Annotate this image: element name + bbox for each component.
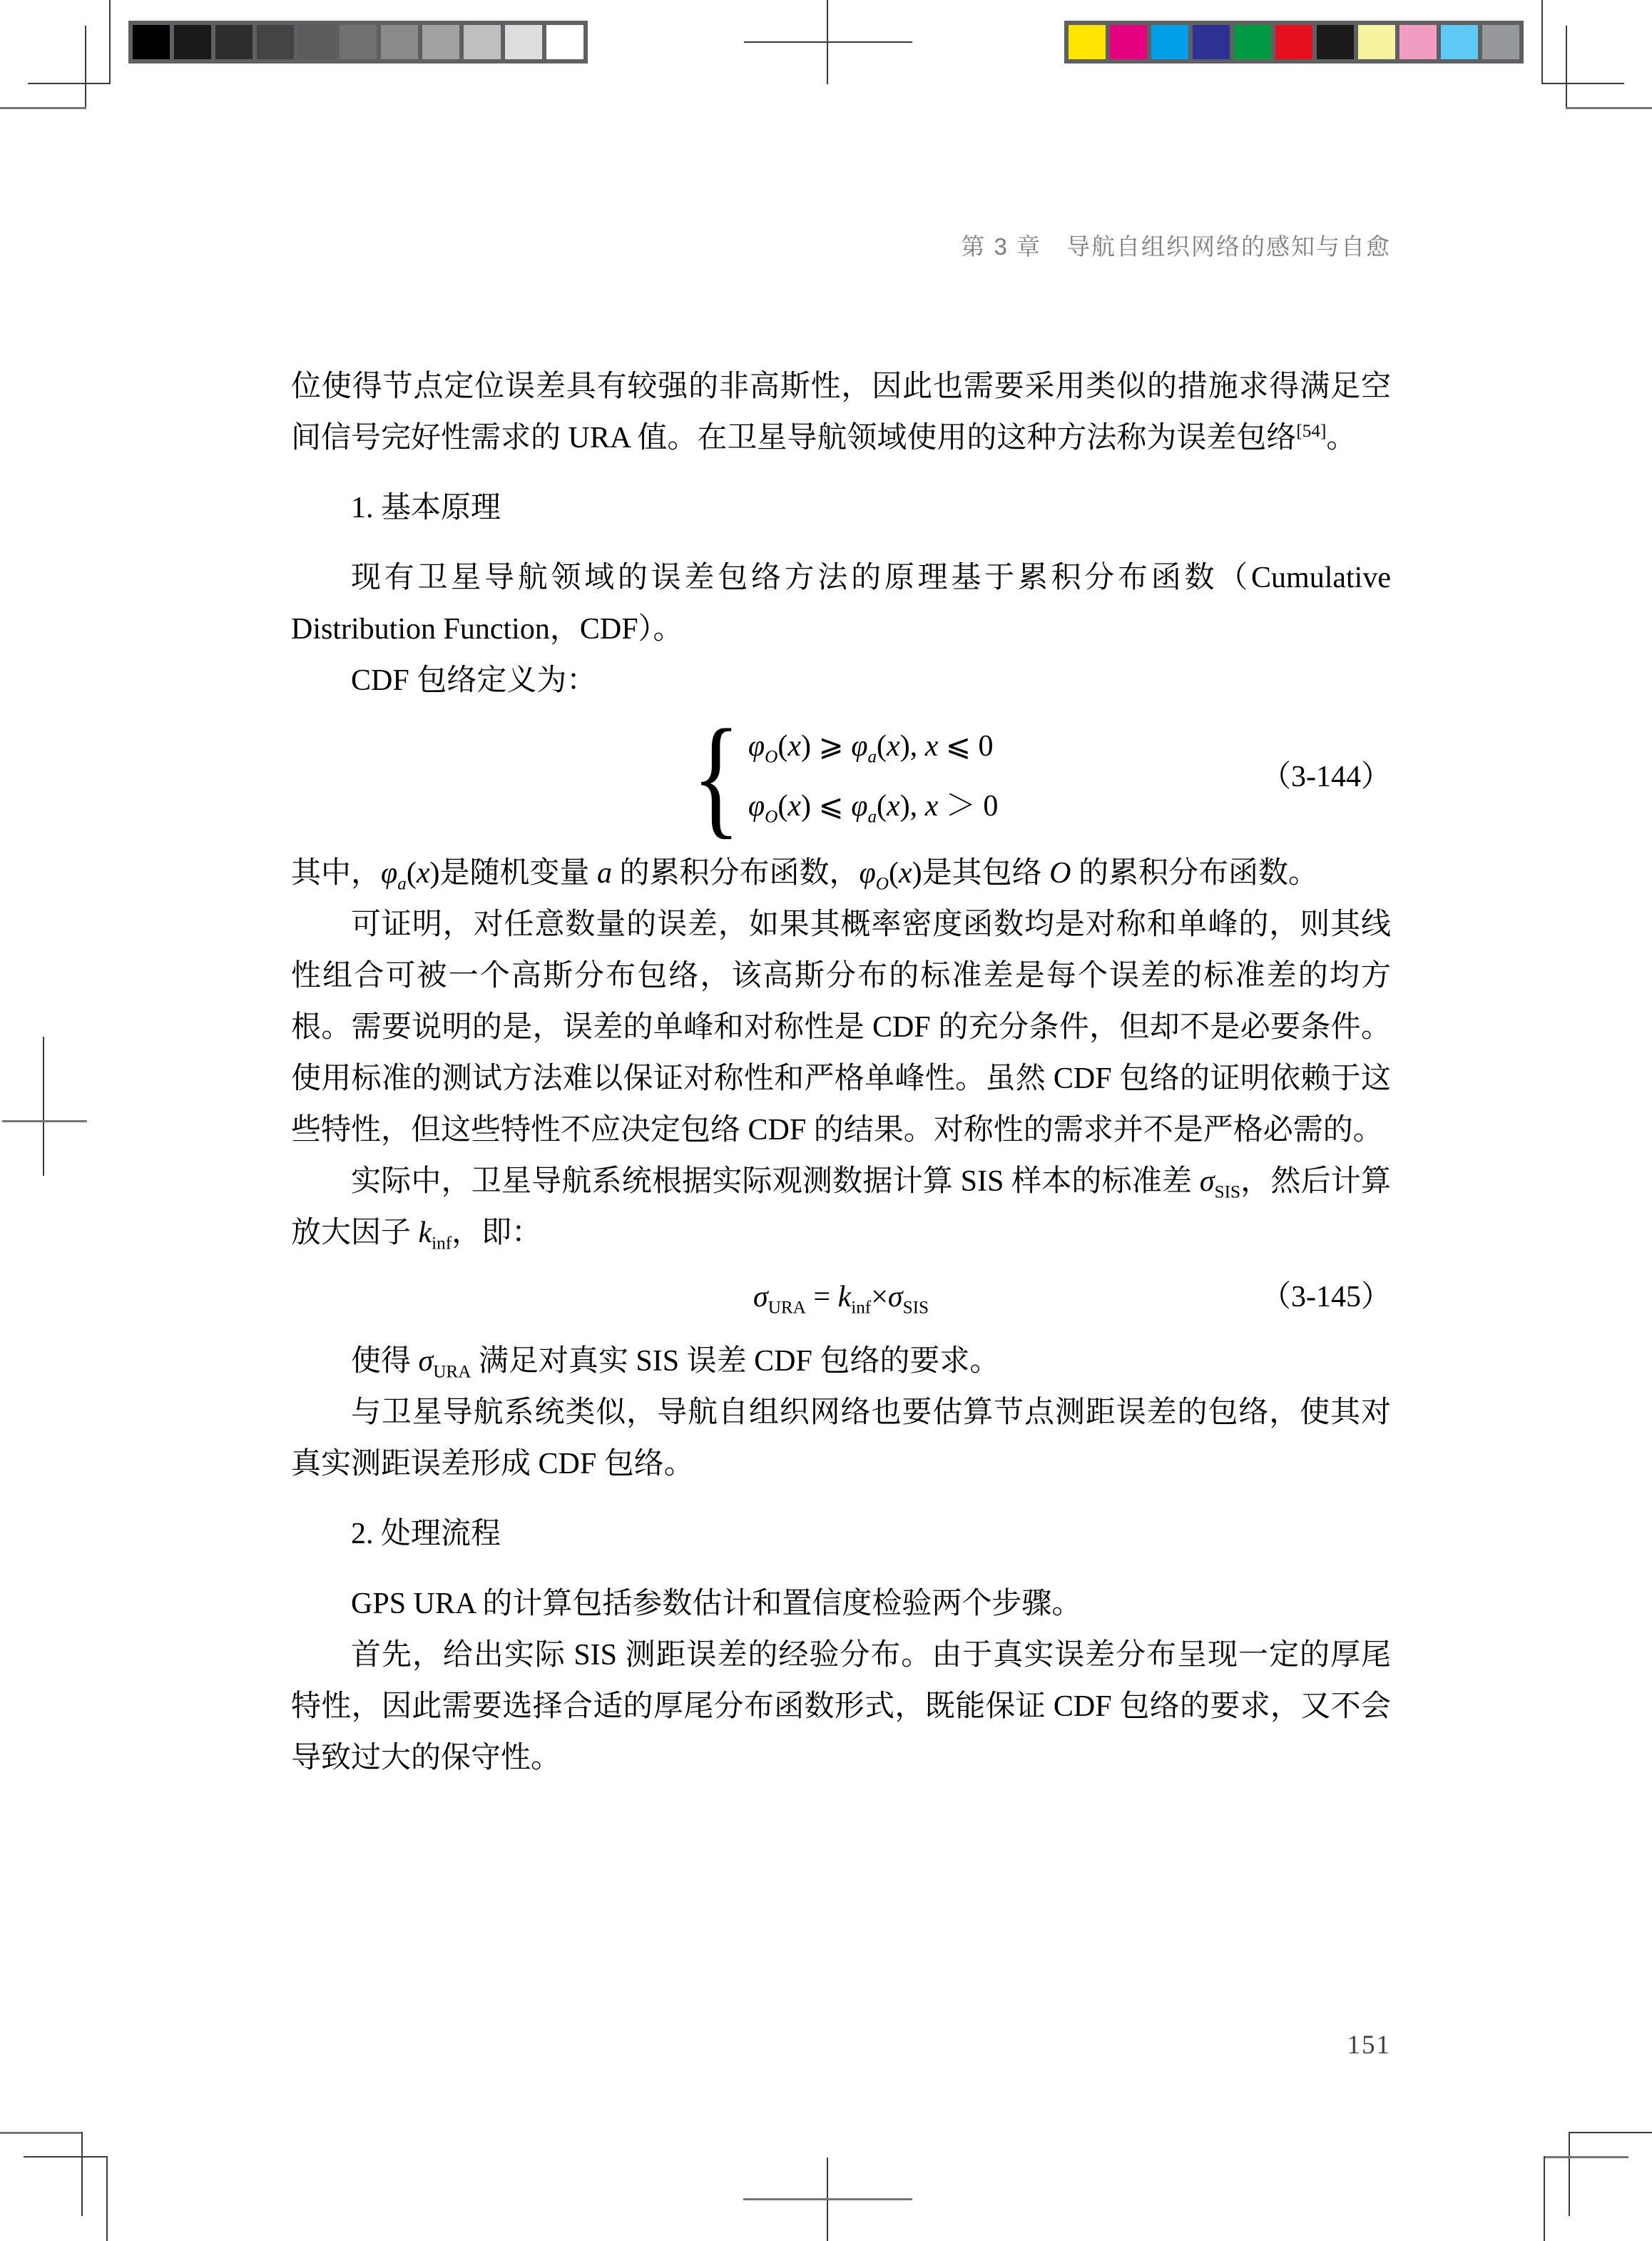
text-segment: ), — [900, 730, 925, 763]
equation-line: σURA = kinf×σSIS — [753, 1281, 929, 1313]
crop-mark-middle-left — [2, 1120, 87, 1122]
text-segment: 。 — [1326, 422, 1356, 454]
text-segment: ) ⩽ — [801, 790, 851, 823]
calibration-swatch — [505, 25, 542, 59]
text-segment: CDF 包络定义为： — [351, 664, 596, 697]
calibration-swatch — [1317, 25, 1354, 59]
crop-mark-top-center — [744, 41, 912, 43]
text-segment: φ — [851, 730, 867, 763]
text-segment: σ — [419, 1345, 434, 1378]
crop-mark-bottom-left — [24, 2156, 108, 2158]
text-segment: 的累积分布函数。 — [1071, 857, 1318, 890]
text-segment: ＞ 0 — [938, 790, 998, 823]
crop-mark-top-left — [28, 83, 111, 84]
text-segment: 满足对真实 SIS 误差 CDF 包络的要求。 — [471, 1345, 999, 1378]
calibration-swatch — [1275, 25, 1312, 59]
text-segment: 其中， — [291, 857, 381, 890]
text-segment: O — [876, 874, 889, 893]
chapter-header: 第 3 章 导航自组织网络的感知与自愈 — [291, 233, 1391, 261]
calibration-swatch — [257, 25, 294, 59]
crop-mark-bottom-right — [1569, 2132, 1570, 2216]
crop-mark-bottom-center — [743, 2198, 912, 2200]
crop-mark-bottom-left — [81, 2132, 83, 2216]
text-segment: O — [765, 747, 777, 766]
book-page: { "header": { "chapter_title": "第 3 章 导航… — [0, 0, 1652, 2241]
crop-mark-top-right — [1566, 107, 1652, 109]
paragraph: 首先，给出实际 SIS 测距误差的经验分布。由于真实误差分布呈现一定的厚尾特性，… — [291, 1630, 1391, 1784]
text-segment: a — [867, 807, 877, 826]
text-segment: )是随机变量 — [430, 857, 598, 890]
text-segment: ( — [777, 790, 787, 823]
text-segment: 可证明，对任意数量的误差，如果其概率密度函数均是对称和单峰的，则其线性组合可被一… — [291, 908, 1391, 1147]
crop-mark-top-right — [1541, 0, 1543, 84]
text-segment: φ — [381, 857, 397, 890]
text-segment: k — [838, 1281, 852, 1313]
text-segment: 位使得节点定位误差具有较强的非高斯性，因此也需要采用类似的措施求得满足空间信号完… — [291, 370, 1391, 454]
text-segment: ( — [877, 730, 887, 763]
text-segment: ，即： — [452, 1216, 541, 1249]
text-segment: × — [871, 1281, 888, 1313]
text-segment: 的累积分布函数， — [612, 857, 860, 890]
text-segment: σ — [888, 1281, 903, 1313]
text-segment: φ — [748, 730, 765, 763]
equation: σURA = kinf×σSIS（3-145） — [291, 1269, 1391, 1326]
color-calibration-bar — [1064, 21, 1524, 63]
calibration-swatch — [546, 25, 583, 59]
text-segment: k — [419, 1216, 432, 1249]
crop-mark-bottom-left — [0, 2132, 83, 2134]
text-segment: ⩽ 0 — [938, 730, 993, 763]
text-segment: x — [787, 790, 801, 823]
text-segment: x — [787, 730, 801, 763]
paragraph: 使得 σURA 满足对真实 SIS 误差 CDF 包络的要求。 — [291, 1336, 1391, 1387]
text-segment: 实际中，卫星导航系统根据实际观测数据计算 SIS 样本的标准差 — [351, 1165, 1200, 1198]
crop-mark-top-left — [0, 107, 86, 109]
crop-mark-bottom-right — [1544, 2156, 1545, 2241]
text-segment: σ — [753, 1281, 768, 1313]
text-segment: 现有卫星导航领域的误差包络方法的原理基于累积分布函数（Cumulative Di… — [291, 561, 1391, 646]
text-segment: a — [397, 874, 407, 893]
text-segment: O — [1049, 857, 1071, 890]
text-segment: inf — [432, 1234, 452, 1253]
paragraph: 位使得节点定位误差具有较强的非高斯性，因此也需要采用类似的措施求得满足空间信号完… — [291, 361, 1391, 464]
text-segment: a — [867, 747, 877, 766]
text-segment: ), — [900, 790, 925, 823]
text-segment: x — [899, 857, 912, 890]
text-segment: φ — [748, 790, 765, 823]
text-segment: ) ⩾ — [801, 730, 851, 763]
text-segment: URA — [433, 1362, 471, 1381]
equation-number: （3-145） — [1261, 1271, 1391, 1323]
text-segment: [54] — [1296, 422, 1326, 441]
crop-mark-bottom-right — [1544, 2156, 1628, 2158]
text-segment: φ — [851, 790, 867, 823]
crop-mark-top-right — [1566, 26, 1567, 108]
calibration-swatch — [340, 25, 377, 59]
crop-mark-middle-left — [43, 1037, 44, 1176]
calibration-swatch — [1399, 25, 1437, 59]
crop-mark-bottom-right — [1569, 2132, 1652, 2133]
cases-brace: { — [692, 719, 740, 833]
calibration-swatch — [298, 25, 335, 59]
text-segment: SIS — [1215, 1182, 1240, 1201]
text-segment: ( — [877, 790, 887, 823]
paragraph: CDF 包络定义为： — [291, 655, 1391, 706]
equation-line: φO(x) ⩾ φa(x), x ⩽ 0 — [748, 716, 998, 776]
calibration-swatch — [464, 25, 501, 59]
calibration-swatch — [174, 25, 211, 59]
text-segment: σ — [1200, 1165, 1215, 1198]
calibration-swatch — [1110, 25, 1147, 59]
calibration-swatch — [422, 25, 459, 59]
text-segment: x — [417, 857, 430, 890]
text-segment: x — [887, 730, 900, 763]
text-segment: x — [925, 730, 939, 763]
text-segment: φ — [860, 857, 876, 890]
content-area: 位使得节点定位误差具有较强的非高斯性，因此也需要采用类似的措施求得满足空间信号完… — [291, 361, 1391, 1784]
text-segment: URA — [768, 1298, 806, 1317]
grayscale-calibration-bar — [128, 21, 588, 63]
text-segment: x — [925, 790, 939, 823]
paragraph: 实际中，卫星导航系统根据实际观测数据计算 SIS 样本的标准差 σSIS，然后计… — [291, 1156, 1391, 1259]
calibration-swatch — [1234, 25, 1271, 59]
paragraph: 可证明，对任意数量的误差，如果其概率密度函数均是对称和单峰的，则其线性组合可被一… — [291, 899, 1391, 1156]
text-segment: ( — [889, 857, 899, 890]
text-segment: x — [887, 790, 900, 823]
paragraph: 现有卫星导航领域的误差包络方法的原理基于累积分布函数（Cumulative Di… — [291, 552, 1391, 655]
crop-mark-bottom-left — [106, 2156, 108, 2241]
equation-line: φO(x) ⩽ φa(x), x ＞ 0 — [748, 776, 998, 836]
calibration-swatch — [1193, 25, 1230, 59]
calibration-swatch — [1358, 25, 1395, 59]
text-segment: ( — [407, 857, 417, 890]
section-heading: 1. 基本原理 — [291, 482, 1391, 534]
text-segment: = — [806, 1281, 838, 1313]
calibration-swatch — [1441, 25, 1478, 59]
text-segment: 首先，给出实际 SIS 测距误差的经验分布。由于真实误差分布呈现一定的厚尾特性，… — [291, 1639, 1391, 1774]
text-segment: 与卫星导航系统类似，导航自组织网络也要估算节点测距误差的包络，使其对真实测距误差… — [291, 1396, 1391, 1480]
paragraph: 其中，φa(x)是随机变量 a 的累积分布函数，φO(x)是其包络 O 的累积分… — [291, 848, 1391, 899]
text-segment: GPS URA 的计算包括参数估计和置信度检验两个步骤。 — [351, 1587, 1081, 1620]
equation-cases: {φO(x) ⩾ φa(x), x ⩽ 0φO(x) ⩽ φa(x), x ＞ … — [291, 716, 1391, 838]
calibration-swatch — [1069, 25, 1106, 59]
text-segment: )是其包络 — [912, 857, 1050, 890]
paragraph: GPS URA 的计算包括参数估计和置信度检验两个步骤。 — [291, 1578, 1391, 1630]
equation-number: （3-144） — [1261, 751, 1391, 803]
text-segment: 使得 — [351, 1345, 419, 1378]
crop-mark-top-right — [1541, 83, 1624, 84]
text-segment: inf — [851, 1298, 871, 1317]
crop-mark-top-left — [109, 0, 111, 84]
text-segment: O — [765, 807, 777, 826]
calibration-swatch — [215, 25, 253, 59]
calibration-swatch — [1151, 25, 1188, 59]
section-heading: 2. 处理流程 — [291, 1508, 1391, 1560]
page-number: 151 — [291, 2030, 1391, 2060]
calibration-swatch — [1482, 25, 1519, 59]
calibration-swatch — [381, 25, 418, 59]
text-segment: ( — [777, 730, 787, 763]
text-segment: a — [597, 857, 612, 890]
paragraph: 与卫星导航系统类似，导航自组织网络也要估算节点测距误差的包络，使其对真实测距误差… — [291, 1387, 1391, 1490]
calibration-swatch — [133, 25, 170, 59]
crop-mark-top-left — [85, 26, 86, 108]
text-segment: SIS — [903, 1298, 929, 1317]
